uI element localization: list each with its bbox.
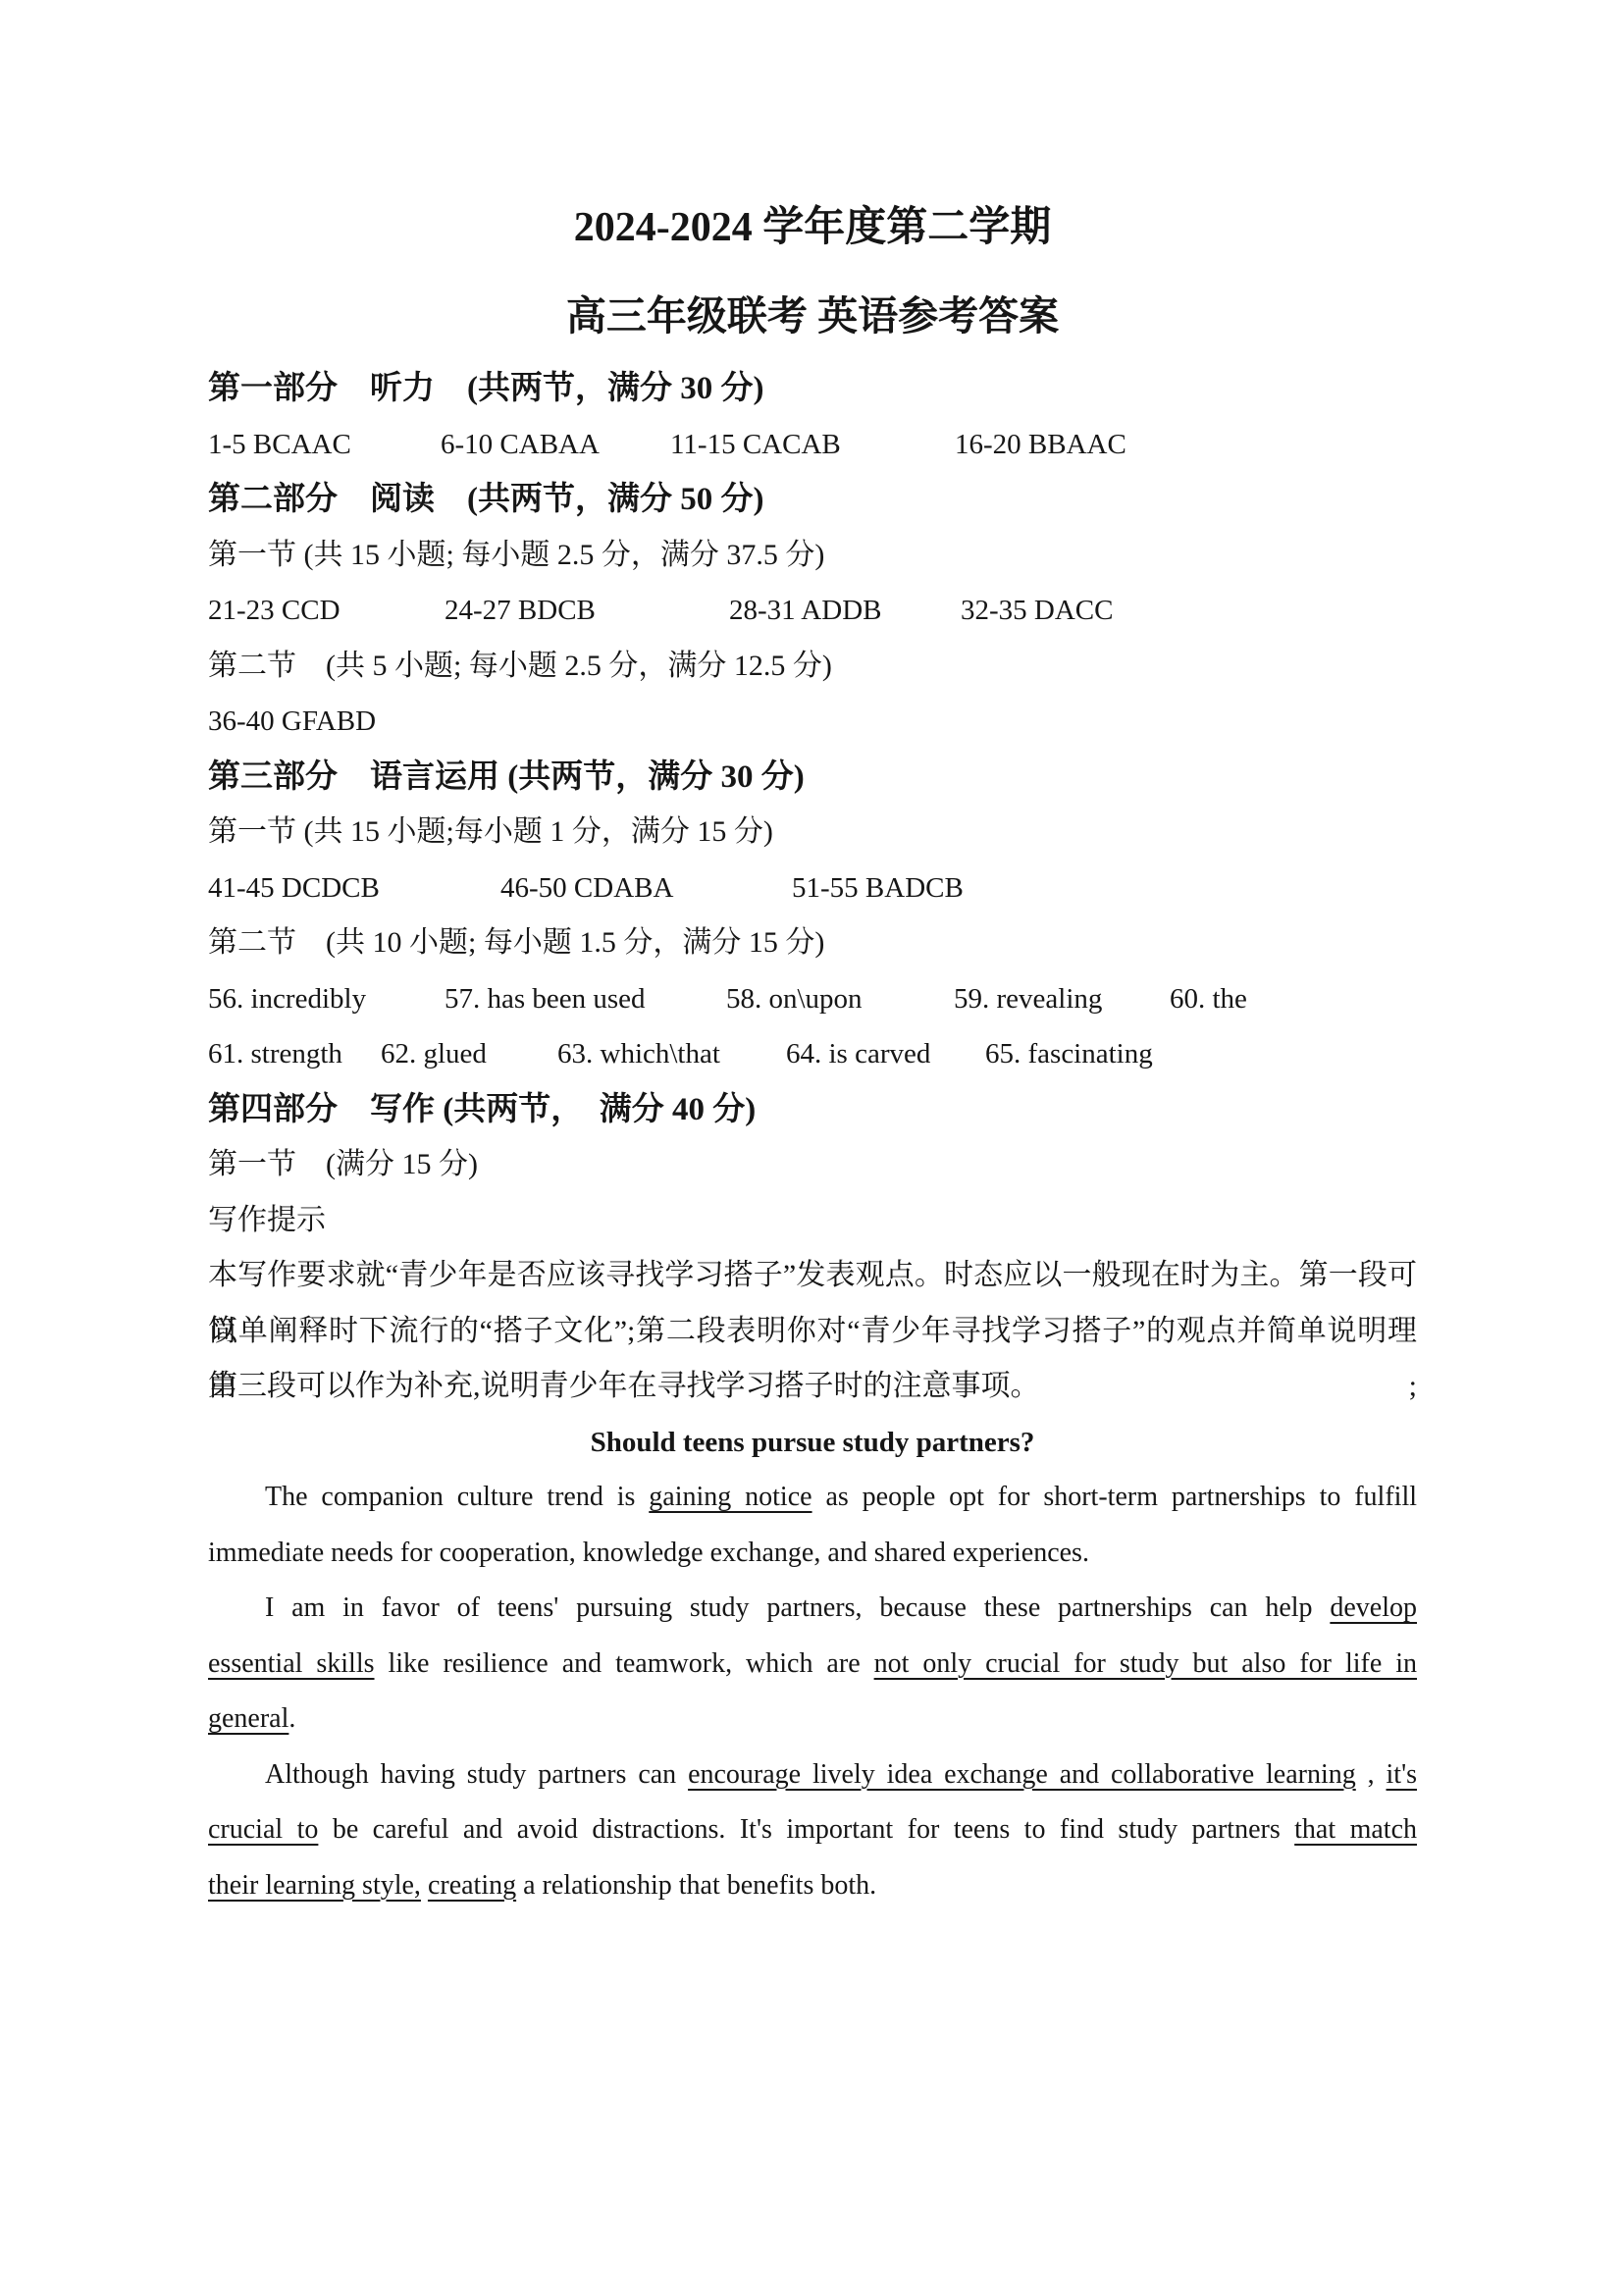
answer-group-28-31: 28-31 ADDB [729,583,881,639]
underlined-phrase: develop [1330,1592,1417,1623]
essay-text: Although having study partners can [265,1759,688,1790]
part2-section1-answers-row: 21-23 CCD 24-27 BDCB 28-31 ADDB 32-35 DA… [208,583,1417,639]
part2-section1-note: 第一节 (共 15 小题; 每小题 2.5 分，满分 37.5 分) [208,528,1417,584]
writing-tips-line-1: 本写作要求就“青少年是否应该寻找学习搭子”发表观点。时态应以一般现在时为主。第一… [208,1248,1417,1304]
part4-heading: 第四部分 写作 (共两节， 满分 40 分) [208,1082,1417,1138]
answer-64: 64. is carved [786,1026,930,1082]
answer-group-21-23: 21-23 CCD [208,583,340,639]
exam-answer-document: 2024-2024 学年度第二学期 高三年级联考 英语参考答案 第一部分 听力 … [0,0,1623,2296]
title-line-1: 2024-2024 学年度第二学期 [208,193,1417,262]
document-body: 2024-2024 学年度第二学期 高三年级联考 英语参考答案 第一部分 听力 … [208,0,1417,1913]
underlined-phrase: it's [1387,1759,1418,1790]
underlined-phrase: crucial to [208,1814,318,1845]
essay-text: I am in favor of teens' pursuing study p… [265,1592,1330,1623]
answer-group-11-15: 11-15 CACAB [670,417,841,473]
essay-text: . [288,1703,295,1734]
answer-group-24-27: 24-27 BDCB [445,583,596,639]
part2-section2-note: 第二节 (共 5 小题; 每小题 2.5 分，满分 12.5 分) [208,639,1417,695]
essay-text: like resilience and teamwork, which are [375,1648,874,1679]
essay-paragraph3-line3: their learning style, creating a relatio… [208,1858,1417,1914]
writing-tips-line-2: 简单阐释时下流行的“搭子文化”;第二段表明你对“青少年寻找学习搭子”的观点并简单… [208,1304,1417,1360]
underlined-phrase: essential skills [208,1648,375,1679]
essay-paragraph3-line1: Although having study partners can encou… [208,1748,1417,1803]
essay-title: Should teens pursue study partners? [208,1415,1417,1471]
answer-56: 56. incredibly [208,971,366,1027]
part1-answers-row: 1-5 BCAAC 6-10 CABAA 11-15 CACAB 16-20 B… [208,417,1417,473]
answer-group-36-40: 36-40 GFABD [208,694,376,750]
part1-heading: 第一部分 听力 (共两节，满分 30 分) [208,361,1417,417]
answer-group-32-35: 32-35 DACC [961,583,1113,639]
part2-heading: 第二部分 阅读 (共两节，满分 50 分) [208,472,1417,528]
part2-section2-answers-row: 36-40 GFABD [208,694,1417,750]
part3-heading: 第三部分 语言运用 (共两节，满分 30 分) [208,750,1417,806]
part3-section1-note: 第一节 (共 15 小题;每小题 1 分，满分 15 分) [208,805,1417,861]
essay-text: immediate needs for cooperation, knowled… [208,1538,1089,1568]
essay-text: as people opt for short-term partnership… [812,1482,1417,1512]
essay-paragraph1-line2: immediate needs for cooperation, knowled… [208,1526,1417,1582]
underlined-phrase: not only crucial for study but also for … [874,1648,1417,1679]
writing-tips-label: 写作提示 [208,1193,1417,1249]
answer-group-1-5: 1-5 BCAAC [208,417,351,473]
part3-section1-answers-row: 41-45 DCDCB 46-50 CDABA 51-55 BADCB [208,861,1417,916]
part3-section2-note: 第二节 (共 10 小题; 每小题 1.5 分，满分 15 分) [208,915,1417,971]
underlined-phrase: gaining notice [649,1482,811,1512]
underlined-phrase: that match [1294,1814,1417,1845]
essay-paragraph2-line2: essential skills like resilience and tea… [208,1637,1417,1693]
underlined-phrase: general [208,1703,288,1734]
essay-text: The companion culture trend is [265,1482,649,1512]
essay-paragraph2-line3: general. [208,1692,1417,1748]
essay-paragraph3-line2: crucial to be careful and avoid distract… [208,1802,1417,1858]
part4-section1-note: 第一节 (满分 15 分) [208,1137,1417,1193]
part3-section2-answers-row-1: 56. incredibly 57. has been used 58. on\… [208,971,1417,1027]
essay-paragraph2-line1: I am in favor of teens' pursuing study p… [208,1581,1417,1637]
underlined-phrase: encourage lively idea exchange and colla… [688,1759,1356,1790]
answer-65: 65. fascinating [985,1026,1153,1082]
answer-group-41-45: 41-45 DCDCB [208,861,380,916]
answer-59: 59. revealing [954,971,1102,1027]
answer-63: 63. which\that [557,1026,720,1082]
answer-62: 62. glued [381,1026,487,1082]
answer-61: 61. strength [208,1026,342,1082]
answer-58: 58. on\upon [726,971,863,1027]
answer-60: 60. the [1170,971,1247,1027]
underlined-phrase: creating [428,1870,516,1901]
essay-text [421,1870,428,1901]
answer-group-6-10: 6-10 CABAA [441,417,600,473]
underlined-phrase: their learning style, [208,1870,421,1901]
answer-57: 57. has been used [445,971,646,1027]
part3-section2-answers-row-2: 61. strength 62. glued 63. which\that 64… [208,1026,1417,1082]
essay-text: be careful and avoid distractions. It's … [318,1814,1294,1845]
answer-group-46-50: 46-50 CDABA [500,861,673,916]
essay-text: a relationship that benefits both. [516,1870,876,1901]
essay-text: , [1356,1759,1387,1790]
essay-paragraph1-line1: The companion culture trend is gaining n… [208,1470,1417,1526]
title-line-2: 高三年级联考 英语参考答案 [208,282,1417,350]
answer-group-16-20: 16-20 BBAAC [955,417,1126,473]
answer-group-51-55: 51-55 BADCB [792,861,964,916]
